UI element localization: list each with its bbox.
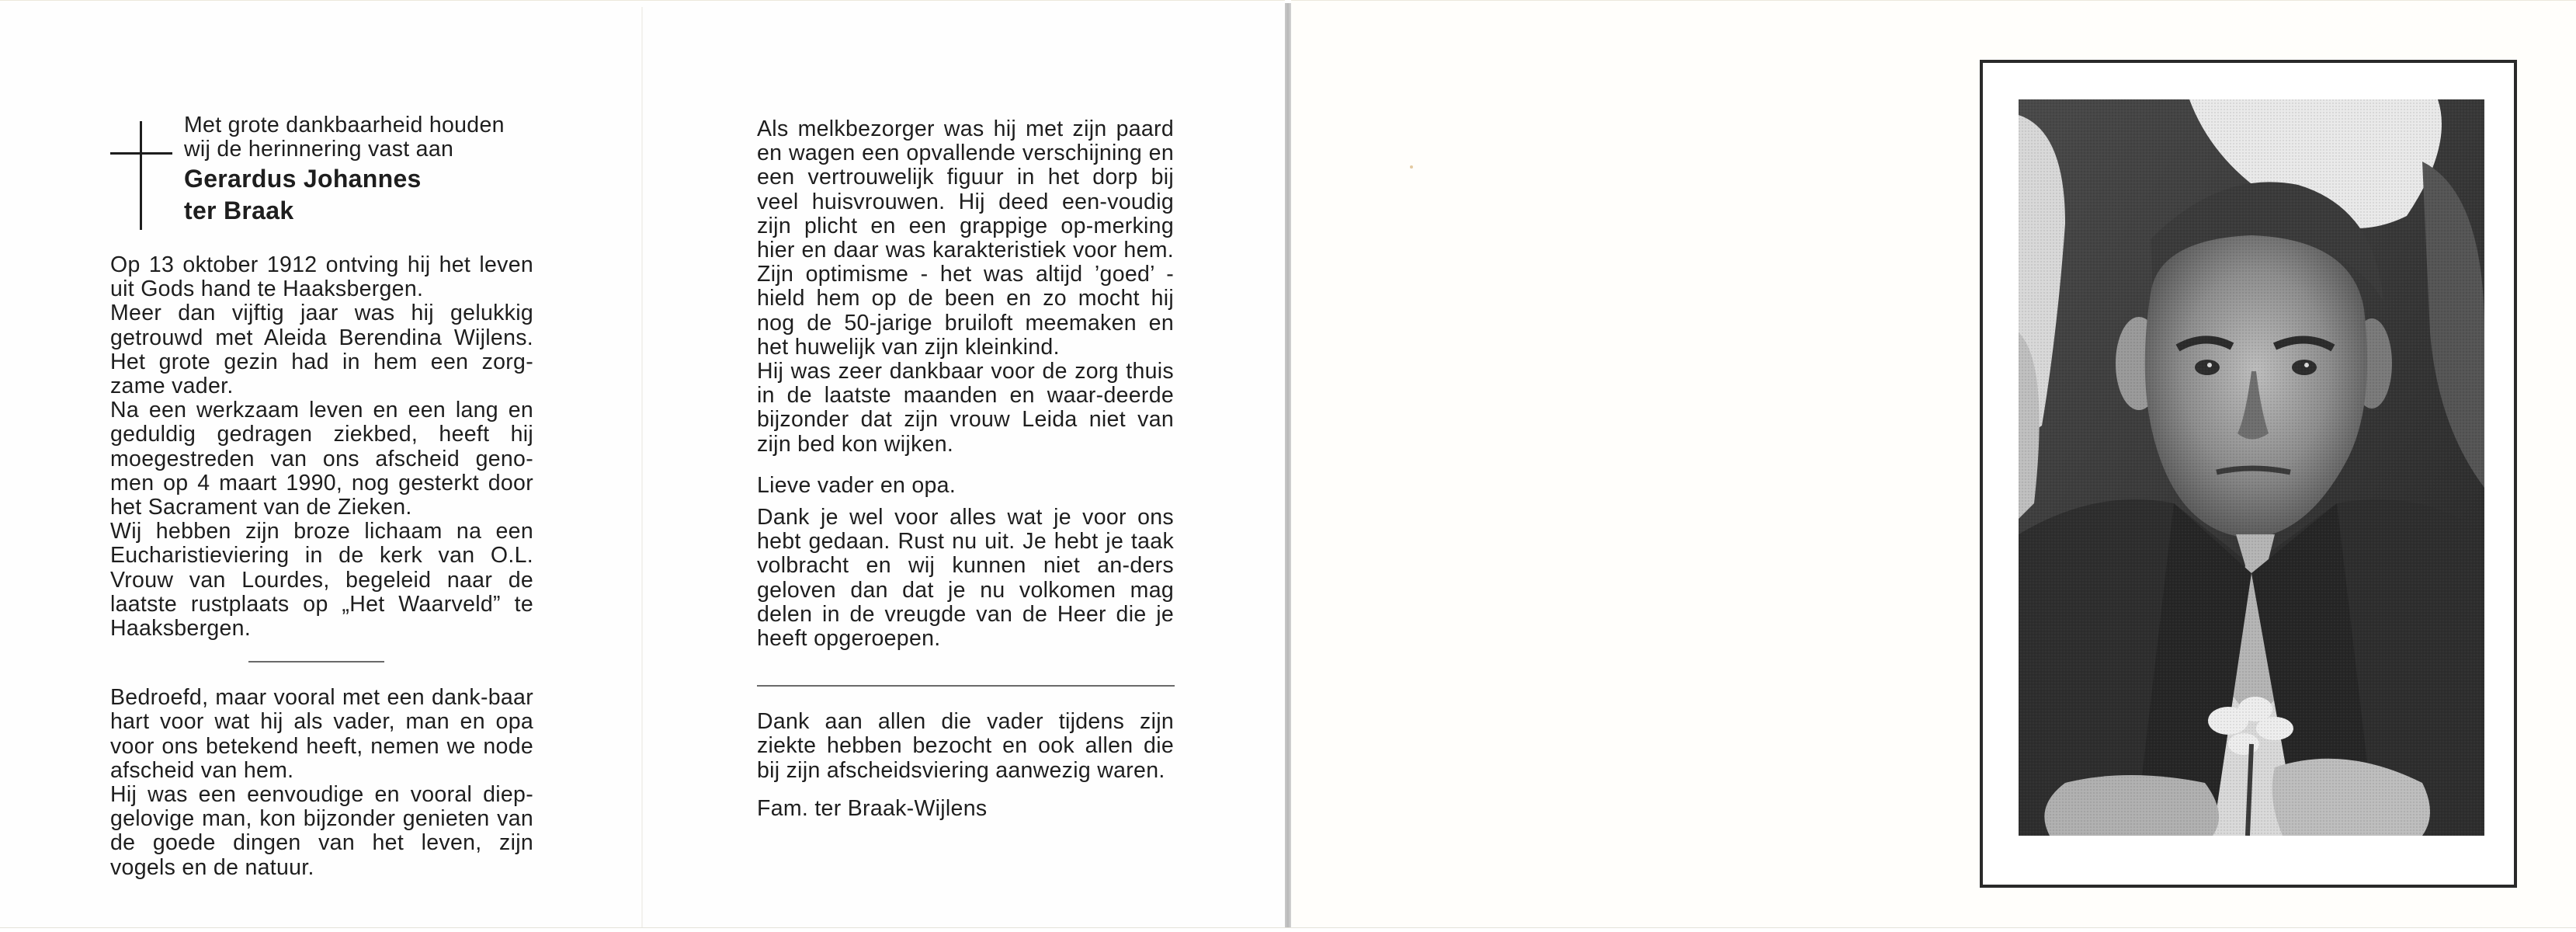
farewell-paragraph: Dank je wel voor alles wat je voor ons h… xyxy=(757,506,1174,651)
thanks-paragraph: Dank aan allen die vader tijdens zijn zi… xyxy=(757,710,1174,783)
memorial-card-text-side: Met grote dankbaarheid houden wij de her… xyxy=(0,0,1285,927)
deceased-name-line-2: ter Braak xyxy=(184,196,533,225)
family-signature: Fam. ter Braak-Wijlens xyxy=(757,797,1174,821)
salutation: Lieve vader en opa. xyxy=(757,474,1174,498)
scan-bottom-edge xyxy=(0,927,2576,932)
death-paragraph: Na een werkzaam leven en een lang en ged… xyxy=(110,398,533,520)
gratitude-paragraph: Hij was zeer dankbaar voor de zorg thuis… xyxy=(757,360,1174,457)
photo-frame xyxy=(1980,60,2517,888)
right-text-column: Als melkbezorger was hij met zijn paard … xyxy=(757,117,1174,821)
deceased-name-line-1: Gerardus Johannes xyxy=(184,165,533,193)
dedication-header: Met grote dankbaarheid houden wij de her… xyxy=(110,113,533,238)
portrait-illustration xyxy=(2019,99,2484,836)
mourning-paragraph: Bedroefd, maar vooral met een dank-baar … xyxy=(110,686,533,783)
left-text-column: Met grote dankbaarheid houden wij de her… xyxy=(110,113,533,880)
intro-line-2: wij de herinnering vast aan xyxy=(184,137,533,162)
cross-icon xyxy=(110,121,172,230)
paper-speck xyxy=(1410,165,1413,169)
character-paragraph: Hij was een eenvoudige en vooral diep-ge… xyxy=(110,783,533,880)
milkman-paragraph: Als melkbezorger was hij met zijn paard … xyxy=(757,117,1174,360)
portrait-photo xyxy=(2019,99,2484,836)
funeral-paragraph: Wij hebben zijn broze lichaam na een Euc… xyxy=(110,520,533,641)
center-fold-line xyxy=(641,7,643,928)
birth-paragraph: Op 13 oktober 1912 ontving hij het leven… xyxy=(110,253,533,301)
intro-line-1: Met grote dankbaarheid houden xyxy=(184,113,533,137)
marriage-paragraph: Meer dan vijftig jaar was hij gelukkig g… xyxy=(110,301,533,398)
card-gutter xyxy=(1285,3,1291,927)
